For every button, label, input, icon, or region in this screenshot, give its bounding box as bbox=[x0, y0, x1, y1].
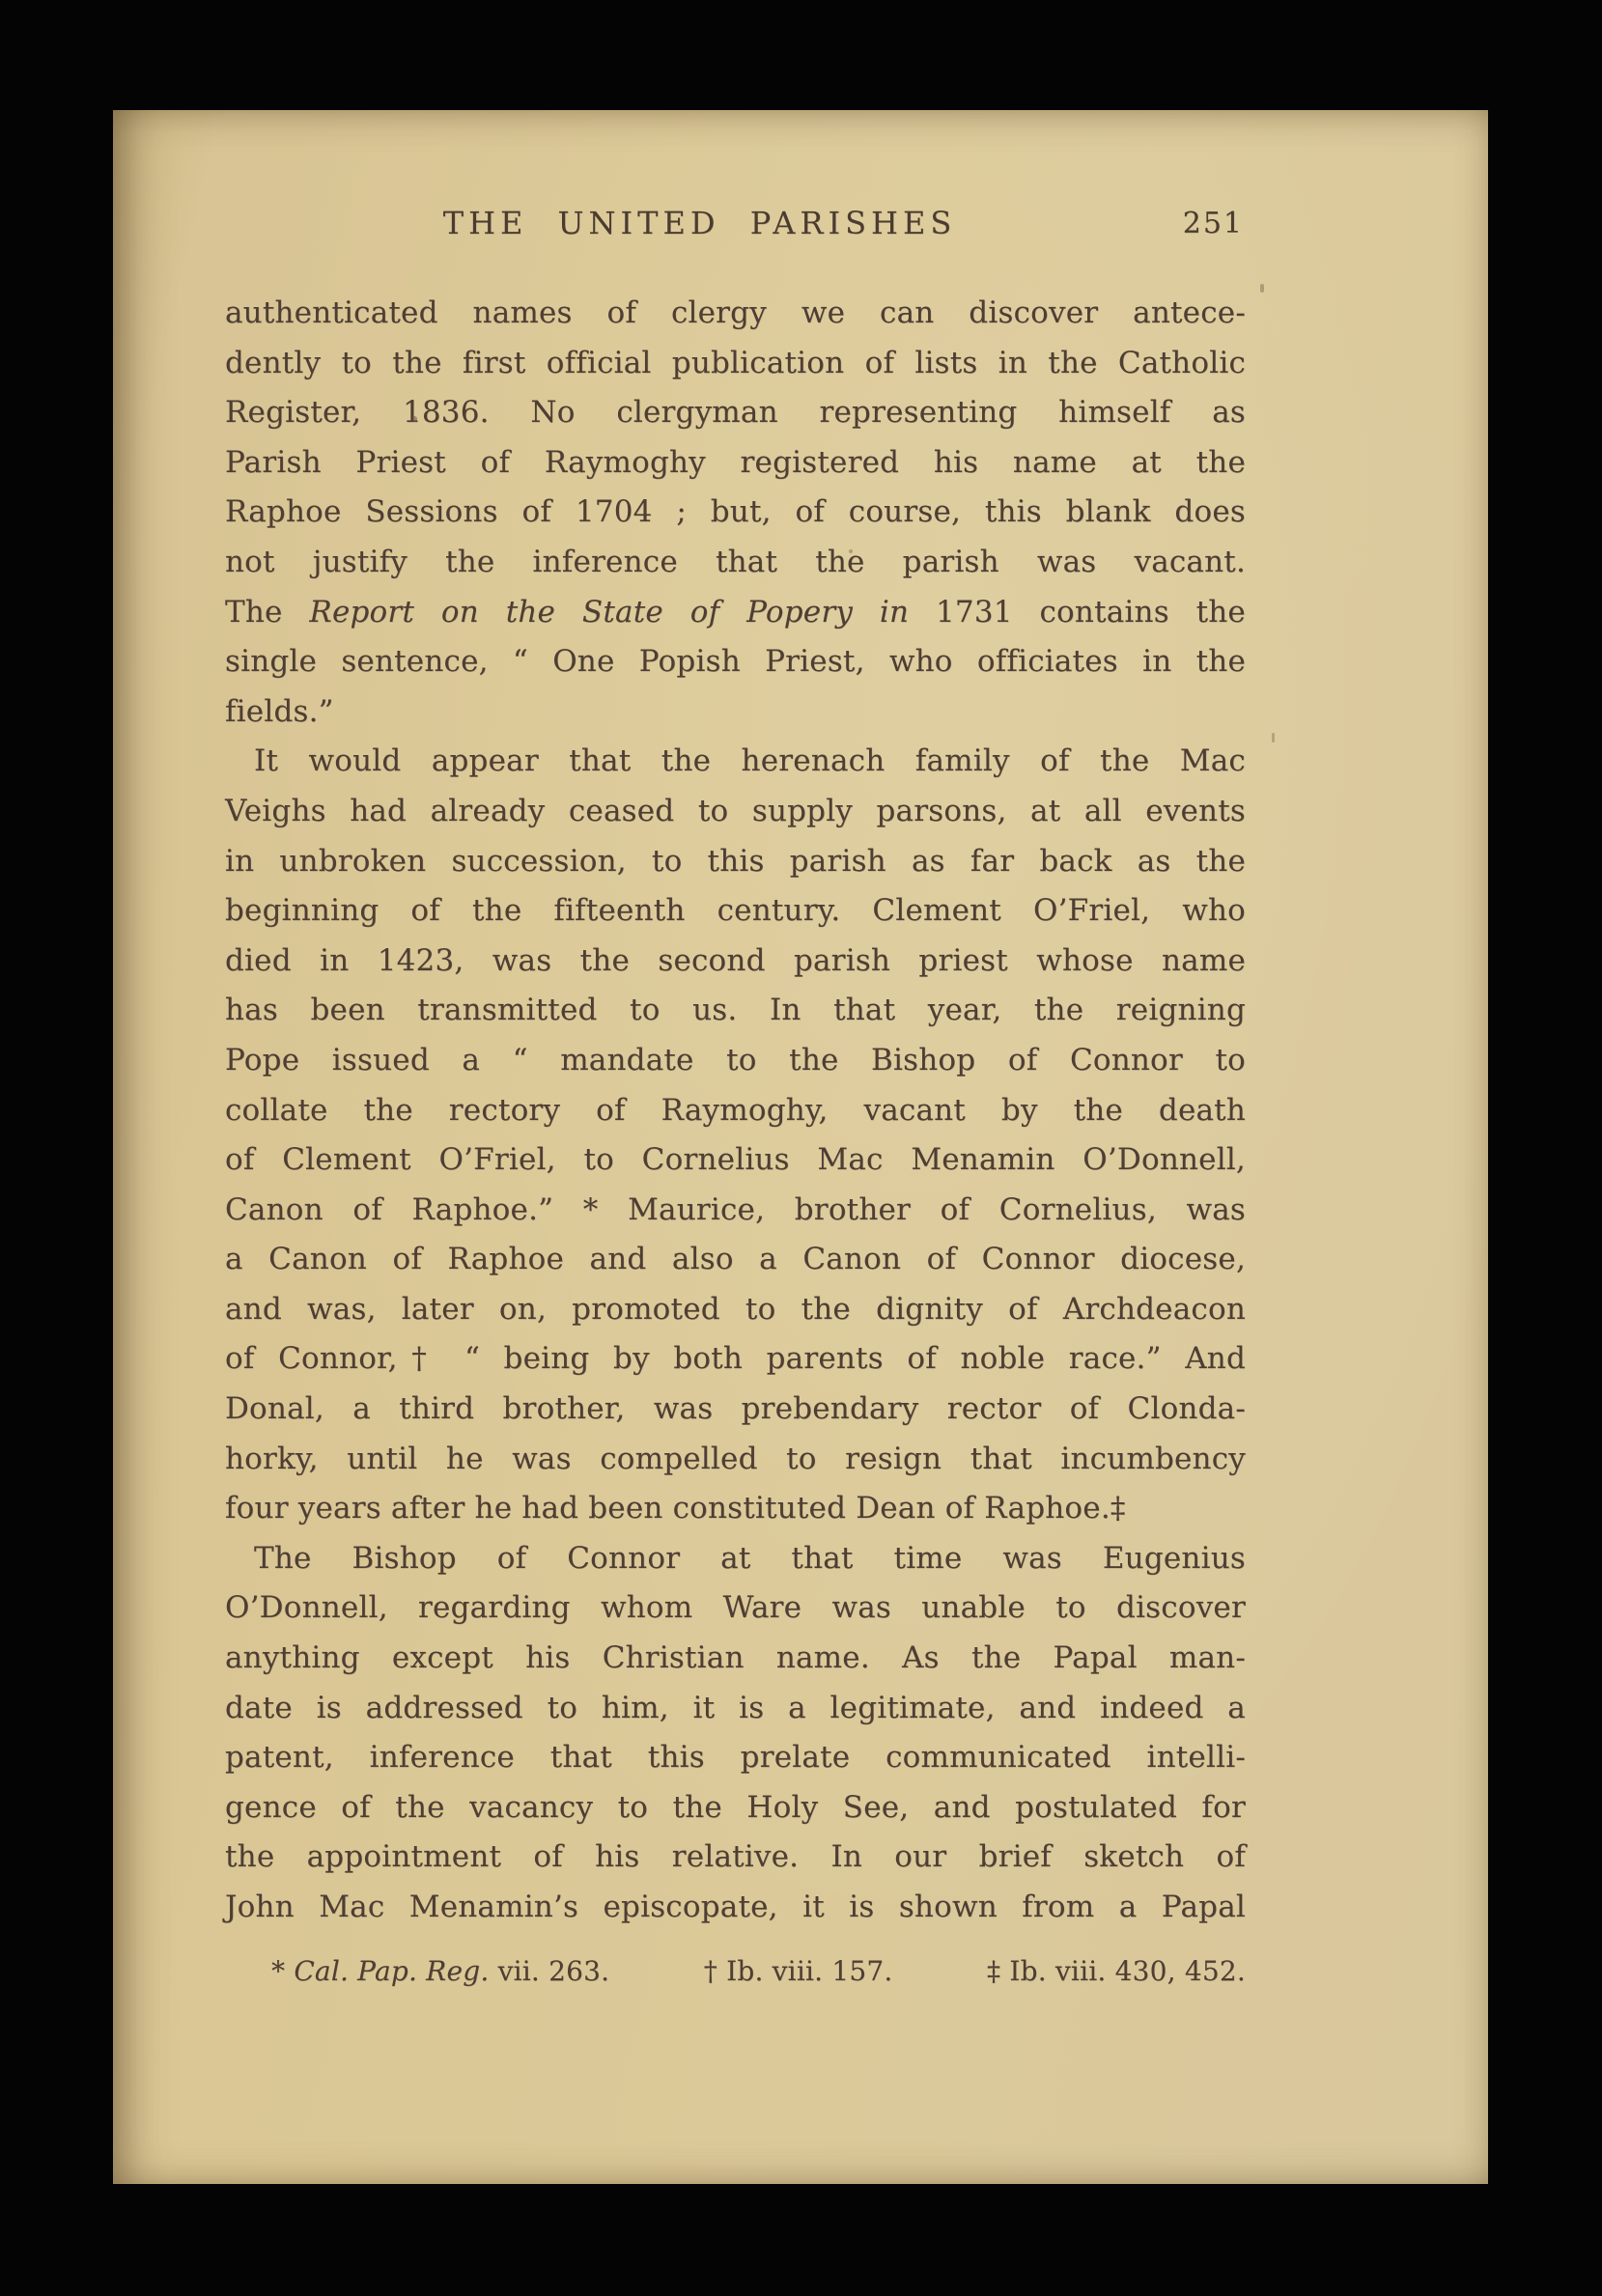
text-line: Donal, a third brother, was prebendary r… bbox=[225, 1385, 1246, 1435]
body-text: authenticated names of clergy we can dis… bbox=[225, 289, 1246, 1933]
text-line: in unbroken succession, to this parish a… bbox=[225, 837, 1246, 887]
text-line: It would appear that the herenach family… bbox=[225, 737, 1246, 787]
text-line: patent, inference that this prelate comm… bbox=[225, 1733, 1246, 1783]
footnote-row: * Cal. Pap. Reg. vii. 263.† Ib. viii. 15… bbox=[225, 1949, 1246, 1994]
text-line: date is addressed to him, it is a legiti… bbox=[225, 1684, 1246, 1734]
text-line: the appointment of his relative. In our … bbox=[225, 1833, 1246, 1883]
ink-speck bbox=[412, 416, 417, 422]
text-line: John Mac Menamin’s episcopate, it is sho… bbox=[225, 1883, 1246, 1933]
scan-background: THE UNITED PARISHES 251 authenticated na… bbox=[0, 0, 1602, 2296]
text-line: The Bishop of Connor at that time was Eu… bbox=[225, 1534, 1246, 1584]
text-line: died in 1423, was the second parish prie… bbox=[225, 937, 1246, 987]
text-line: gence of the vacancy to the Holy See, an… bbox=[225, 1783, 1246, 1834]
text-line: not justify the inference that the paris… bbox=[225, 538, 1246, 588]
text-line: Canon of Raphoe.” * Maurice, brother of … bbox=[225, 1186, 1246, 1236]
page-title: THE UNITED PARISHES bbox=[443, 205, 956, 241]
footnote: ‡ Ib. viii. 430, 452. bbox=[987, 1949, 1246, 1994]
text-line: beginning of the fifteenth century. Clem… bbox=[225, 886, 1246, 937]
text-line: anything except his Christian name. As t… bbox=[225, 1634, 1246, 1684]
text-line: O’Donnell, regarding whom Ware was unabl… bbox=[225, 1583, 1246, 1634]
text-line: Raphoe Sessions of 1704 ; but, of course… bbox=[225, 488, 1246, 538]
book-page: THE UNITED PARISHES 251 authenticated na… bbox=[113, 110, 1488, 2184]
ink-speck bbox=[849, 549, 853, 553]
text-line: Register, 1836. No clergyman representin… bbox=[225, 388, 1246, 438]
text-line: dently to the first official publication… bbox=[225, 339, 1246, 389]
footnote: † Ib. viii. 157. bbox=[704, 1949, 893, 1994]
running-header: THE UNITED PARISHES 251 bbox=[225, 205, 1246, 255]
text-line: authenticated names of clergy we can dis… bbox=[225, 289, 1246, 339]
page-number: 251 bbox=[1183, 207, 1244, 240]
text-line: collate the rectory of Raymoghy, vacant … bbox=[225, 1086, 1246, 1136]
text-line: of Clement O’Friel, to Cornelius Mac Men… bbox=[225, 1135, 1246, 1186]
text-line: horky, until he was compelled to resign … bbox=[225, 1435, 1246, 1485]
text-line: and was, later on, promoted to the digni… bbox=[225, 1285, 1246, 1335]
text-line: Pope issued a “ mandate to the Bishop of… bbox=[225, 1036, 1246, 1086]
text-line: four years after he had been constituted… bbox=[225, 1484, 1246, 1534]
text-line: The Report on the State of Popery in 173… bbox=[225, 588, 1246, 638]
ink-speck bbox=[1260, 284, 1264, 293]
text-line: has been transmitted to us. In that year… bbox=[225, 986, 1246, 1036]
text-line: single sentence, “ One Popish Priest, wh… bbox=[225, 637, 1246, 687]
text-line: fields.” bbox=[225, 687, 1246, 738]
text-line: a Canon of Raphoe and also a Canon of Co… bbox=[225, 1235, 1246, 1285]
text-line: Parish Priest of Raymoghy registered his… bbox=[225, 438, 1246, 489]
footnote: * Cal. Pap. Reg. vii. 263. bbox=[271, 1949, 609, 1994]
ink-speck bbox=[1272, 733, 1275, 742]
text-line: of Connor,† “ being by both parents of n… bbox=[225, 1334, 1246, 1385]
text-line: Veighs had already ceased to supply pars… bbox=[225, 787, 1246, 837]
